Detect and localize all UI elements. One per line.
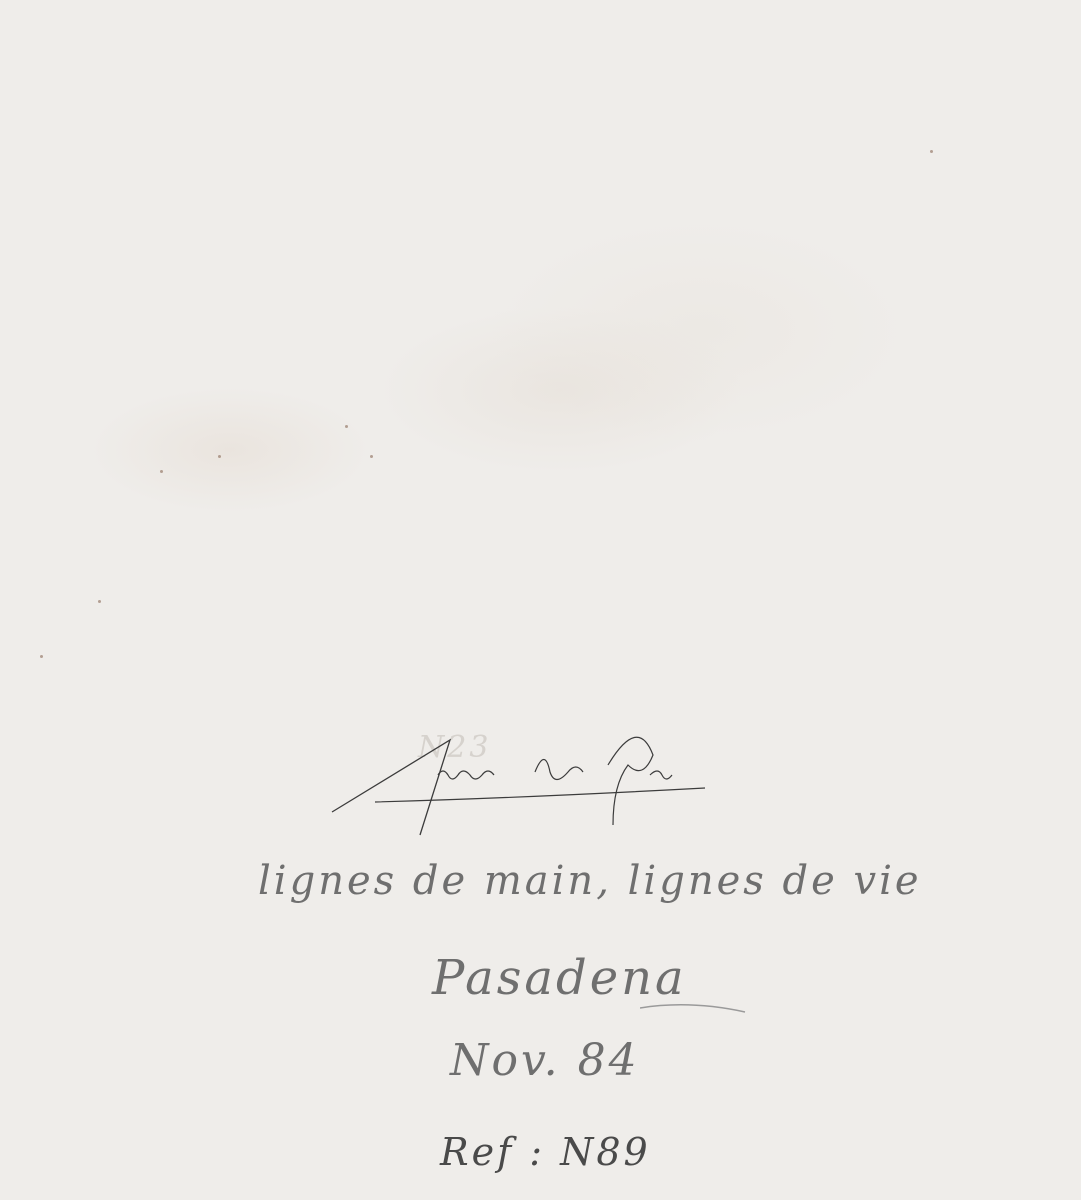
foxing-spot [930, 150, 933, 153]
reference-inscription: Ref : N89 [440, 1130, 651, 1174]
foxing-spot [98, 600, 101, 603]
foxing-spot [370, 455, 373, 458]
underline-flourish [640, 1000, 750, 1020]
foxing-spot [218, 455, 221, 458]
paper-background [0, 0, 1081, 1200]
place-inscription: Pasadena [432, 950, 687, 1006]
title-inscription: lignes de main, lignes de vie [258, 858, 922, 904]
date-inscription: Nov. 84 [450, 1035, 640, 1086]
foxing-spot [345, 425, 348, 428]
foxing-spot [40, 655, 43, 658]
foxing-spot [160, 470, 163, 473]
